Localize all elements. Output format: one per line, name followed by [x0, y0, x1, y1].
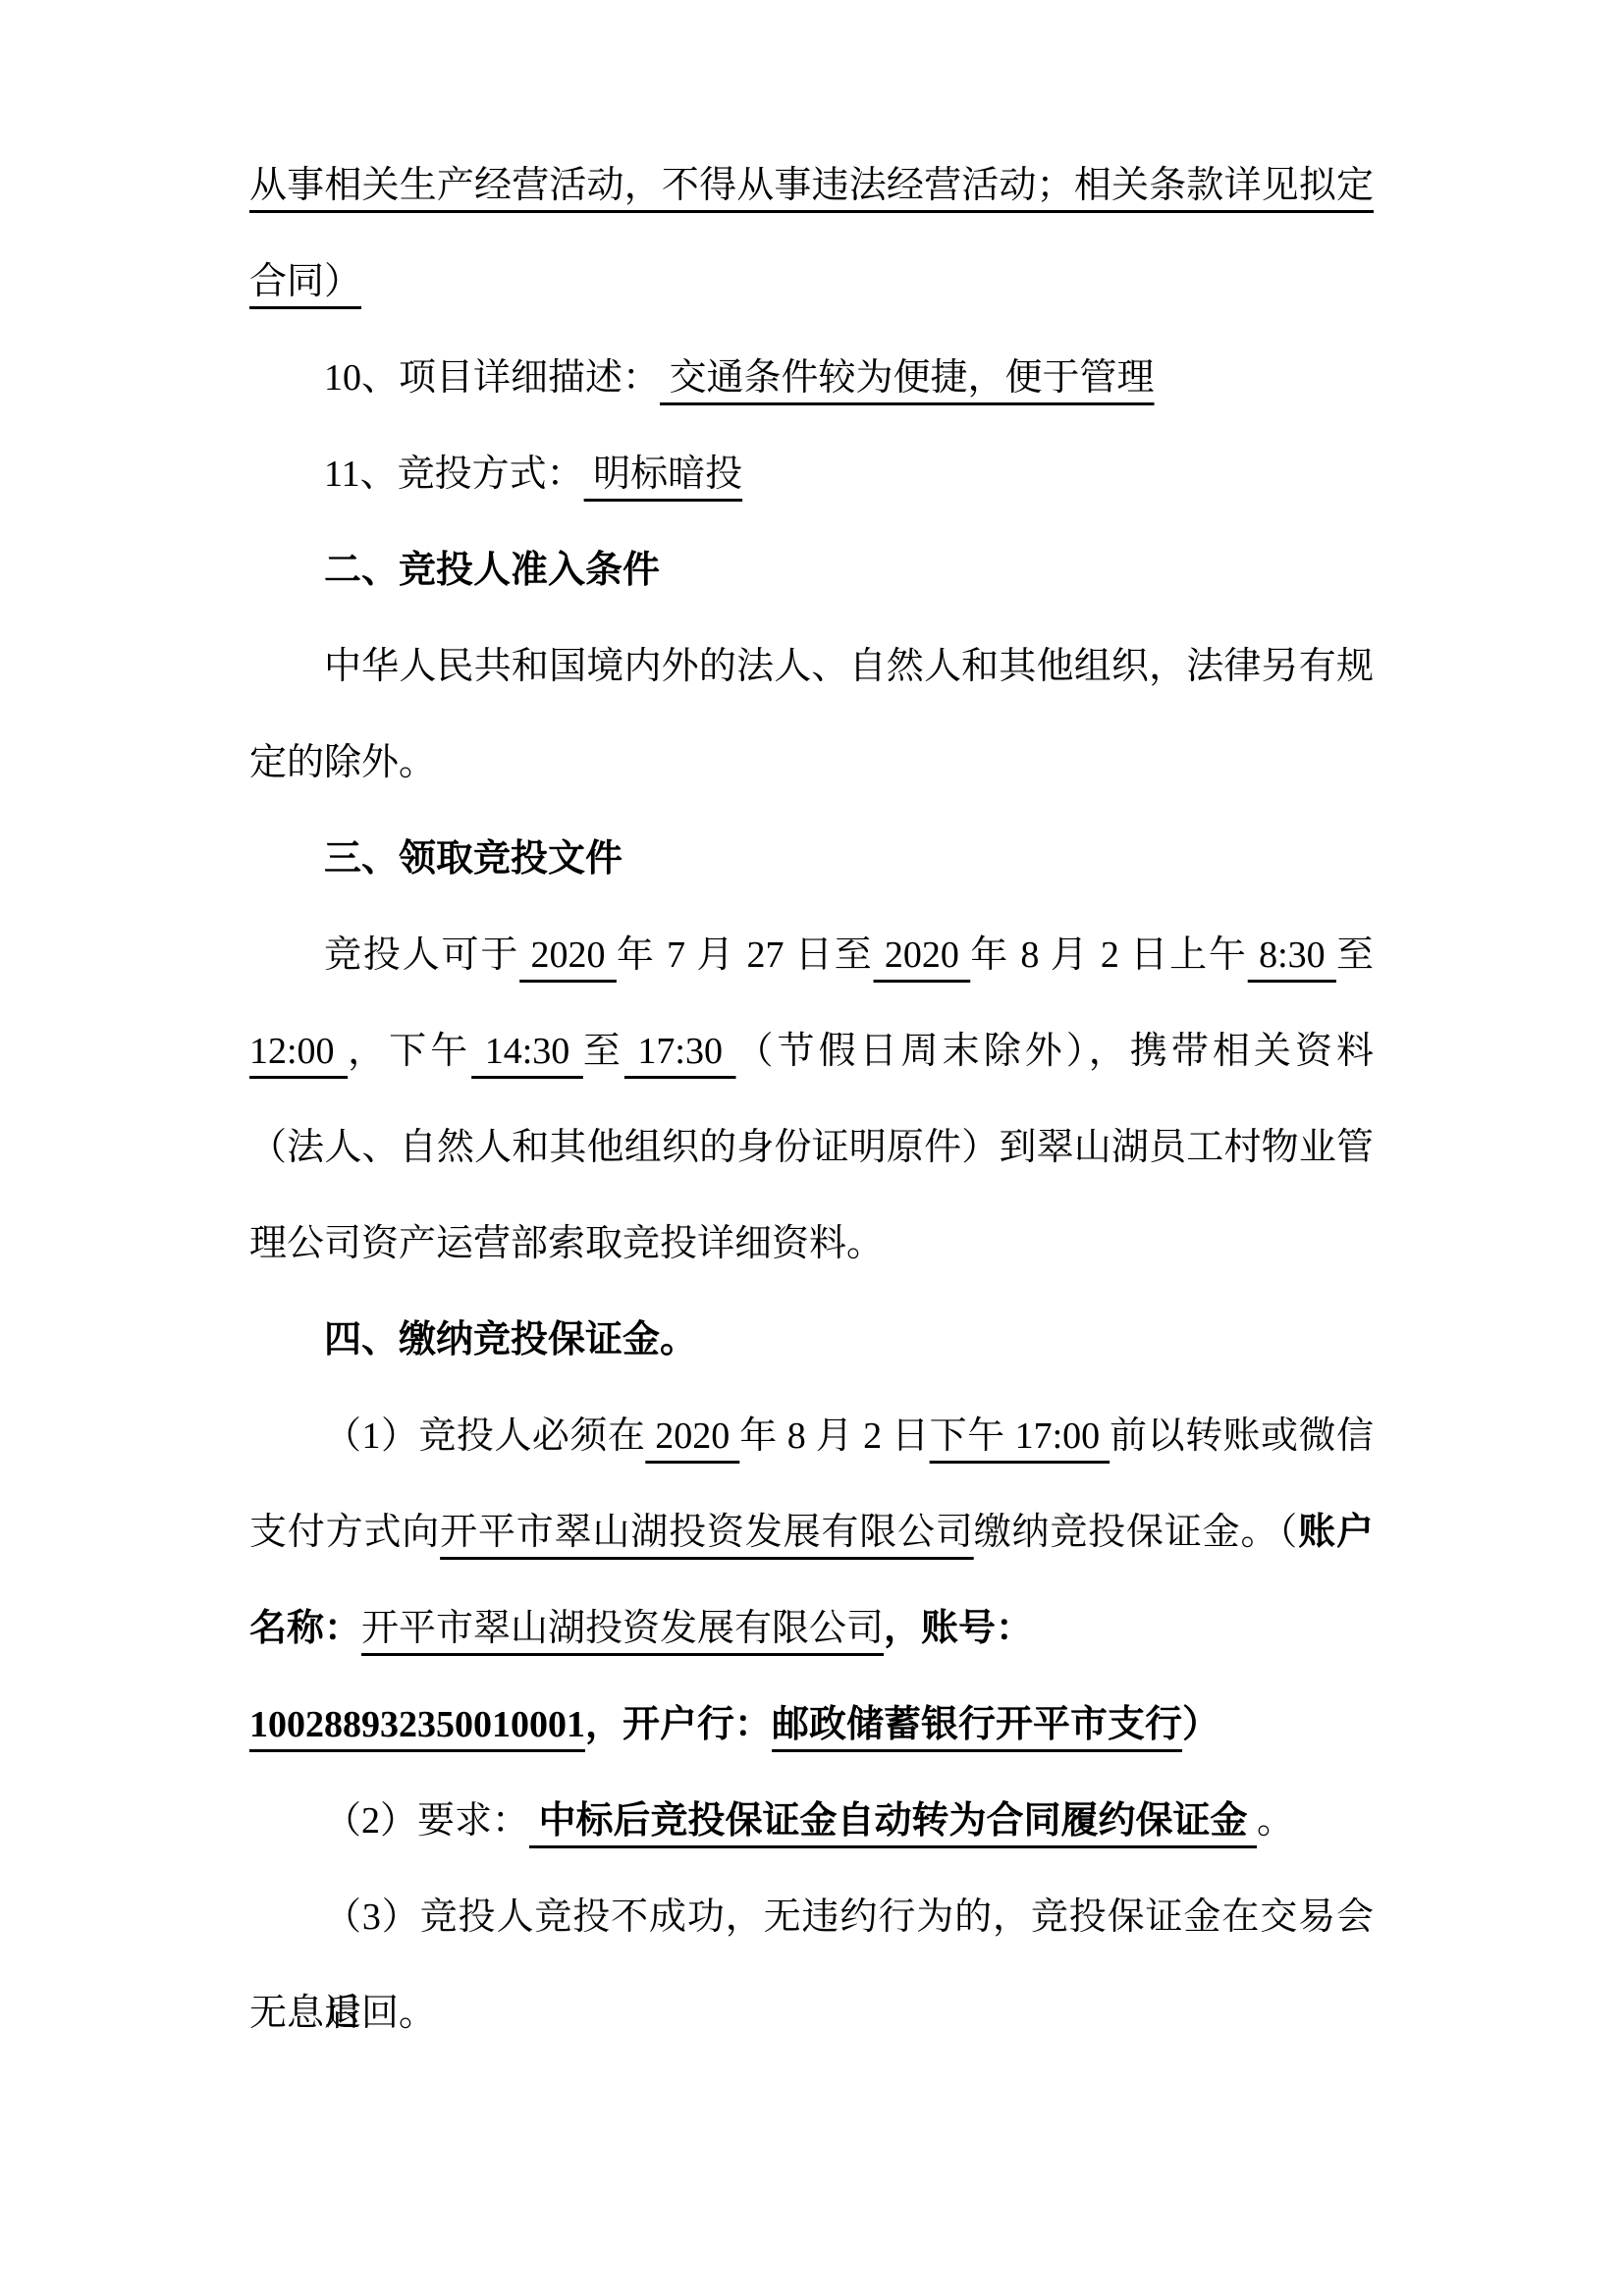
text-segment: 理公司资产运营部索取竞投详细资料。 — [249, 1223, 884, 1264]
text-segment: ） — [1182, 1704, 1219, 1745]
text-line: 中华人民共和国境内外的法人、自然人和其他组织，法律另有规 — [249, 618, 1374, 715]
document-content: 从事相关生产经营活动，不得从事违法经营活动；相关条款详见拟定合同）10、项目详细… — [0, 0, 1624, 2061]
text-segment: 名称： — [249, 1608, 361, 1649]
text-segment: 2020 — [645, 1415, 739, 1457]
text-segment: 三、领取竞投文件 — [324, 838, 623, 880]
text-line: 合同） — [249, 234, 1374, 330]
text-segment: 至 — [583, 1031, 624, 1072]
text-segment: 17:30 — [624, 1031, 736, 1072]
text-segment: 中华人民共和国境内外的法人、自然人和其他组织，法律另有规 — [324, 646, 1374, 687]
document-page: 从事相关生产经营活动，不得从事违法经营活动；相关条款详见拟定合同）10、项目详细… — [0, 0, 1624, 2296]
text-segment: 下午 17:00 — [930, 1415, 1110, 1457]
text-segment: 账户 — [1298, 1512, 1374, 1553]
text-line: （2）要求： 中标后竞投保证金自动转为合同履约保证金 。 — [249, 1773, 1374, 1869]
text-segment: 定的除外。 — [249, 742, 436, 783]
text-line: 名称：开平市翠山湖投资发展有限公司，账号： — [249, 1580, 1374, 1677]
section-heading: 四、缴纳竞投保证金。 — [249, 1292, 1374, 1388]
text-segment: ，账号： — [884, 1608, 1033, 1649]
text-line: 从事相关生产经营活动，不得从事违法经营活动；相关条款详见拟定 — [249, 137, 1374, 234]
text-segment: 年 7 月 27 日至 — [617, 934, 874, 976]
text-segment: 二、竞投人准入条件 — [324, 550, 660, 591]
text-segment: ，下午 — [348, 1031, 471, 1072]
text-segment: 10、项目详细描述： — [324, 357, 660, 399]
text-segment: 2020 — [874, 934, 971, 976]
text-line: （1）竞投人必须在 2020 年 8 月 2 日下午 17:00 前以转账或微信 — [249, 1388, 1374, 1484]
text-line: 10、项目详细描述： 交通条件较为便捷，便于管理 — [249, 330, 1374, 426]
text-segment: 开平市翠山湖投资发展有限公司 — [440, 1512, 974, 1553]
text-segment: 从事相关生产经营活动，不得从事违法经营活动；相关条款详见拟定 — [249, 165, 1374, 206]
section-heading: 三、领取竞投文件 — [249, 811, 1374, 907]
text-segment: （节假日周末除外），携带相关资料 — [736, 1031, 1374, 1072]
text-line: 无息退回。 — [249, 1965, 1374, 2061]
text-segment: 四、缴纳竞投保证金。 — [324, 1319, 697, 1361]
text-segment: 前以转账或微信 — [1110, 1415, 1374, 1457]
text-segment: 年 8 月 2 日 — [739, 1415, 929, 1457]
text-segment: （2）要求： — [324, 1800, 529, 1842]
text-segment: 明标暗投 — [584, 454, 743, 495]
text-segment: 2020 — [519, 934, 617, 976]
text-segment: 。 — [1257, 1800, 1294, 1842]
text-segment: 支付方式向 — [249, 1512, 440, 1553]
text-segment: ，开户行： — [585, 1704, 772, 1745]
text-segment: 11、竞投方式： — [324, 454, 584, 495]
text-line: 11、竞投方式： 明标暗投 — [249, 426, 1374, 522]
text-segment: 交通条件较为便捷，便于管理 — [660, 357, 1155, 399]
text-line: 定的除外。 — [249, 715, 1374, 811]
text-segment: 100288932350010001 — [249, 1704, 585, 1745]
text-segment: 中标后竞投保证金自动转为合同履约保证金 — [529, 1800, 1257, 1842]
text-segment: 年 8 月 2 日上午 — [970, 934, 1248, 976]
section-heading: 二、竞投人准入条件 — [249, 522, 1374, 618]
text-line: （法人、自然人和其他组织的身份证明原件）到翠山湖员工村物业管 — [249, 1099, 1374, 1196]
text-segment: （法人、自然人和其他组织的身份证明原件）到翠山湖员工村物业管 — [249, 1127, 1374, 1168]
text-segment: 12:00 — [249, 1031, 348, 1072]
text-line: 理公司资产运营部索取竞投详细资料。 — [249, 1196, 1374, 1292]
text-segment: 14:30 — [471, 1031, 583, 1072]
text-segment: 合同） — [249, 261, 361, 302]
text-line: （3）竞投人竞投不成功，无违约行为的，竞投保证金在交易会后 — [249, 1869, 1374, 1965]
text-segment: （1）竞投人必须在 — [324, 1415, 645, 1457]
text-segment: 无息退回。 — [249, 1993, 436, 2034]
text-line: 100288932350010001，开户行：邮政储蓄银行开平市支行） — [249, 1677, 1374, 1773]
text-segment: 8:30 — [1248, 934, 1336, 976]
text-line: 支付方式向开平市翠山湖投资发展有限公司缴纳竞投保证金。（账户 — [249, 1484, 1374, 1580]
text-line: 竞投人可于 2020 年 7 月 27 日至 2020 年 8 月 2 日上午 … — [249, 907, 1374, 1003]
text-line: 12:00 ，下午 14:30 至 17:30 （节假日周末除外），携带相关资料 — [249, 1003, 1374, 1099]
text-segment: 缴纳竞投保证金。（ — [974, 1512, 1298, 1553]
text-segment: 开平市翠山湖投资发展有限公司 — [361, 1608, 884, 1649]
text-segment: 邮政储蓄银行开平市支行 — [772, 1704, 1182, 1745]
text-segment: 竞投人可于 — [324, 934, 519, 976]
text-segment: 至 — [1336, 934, 1374, 976]
